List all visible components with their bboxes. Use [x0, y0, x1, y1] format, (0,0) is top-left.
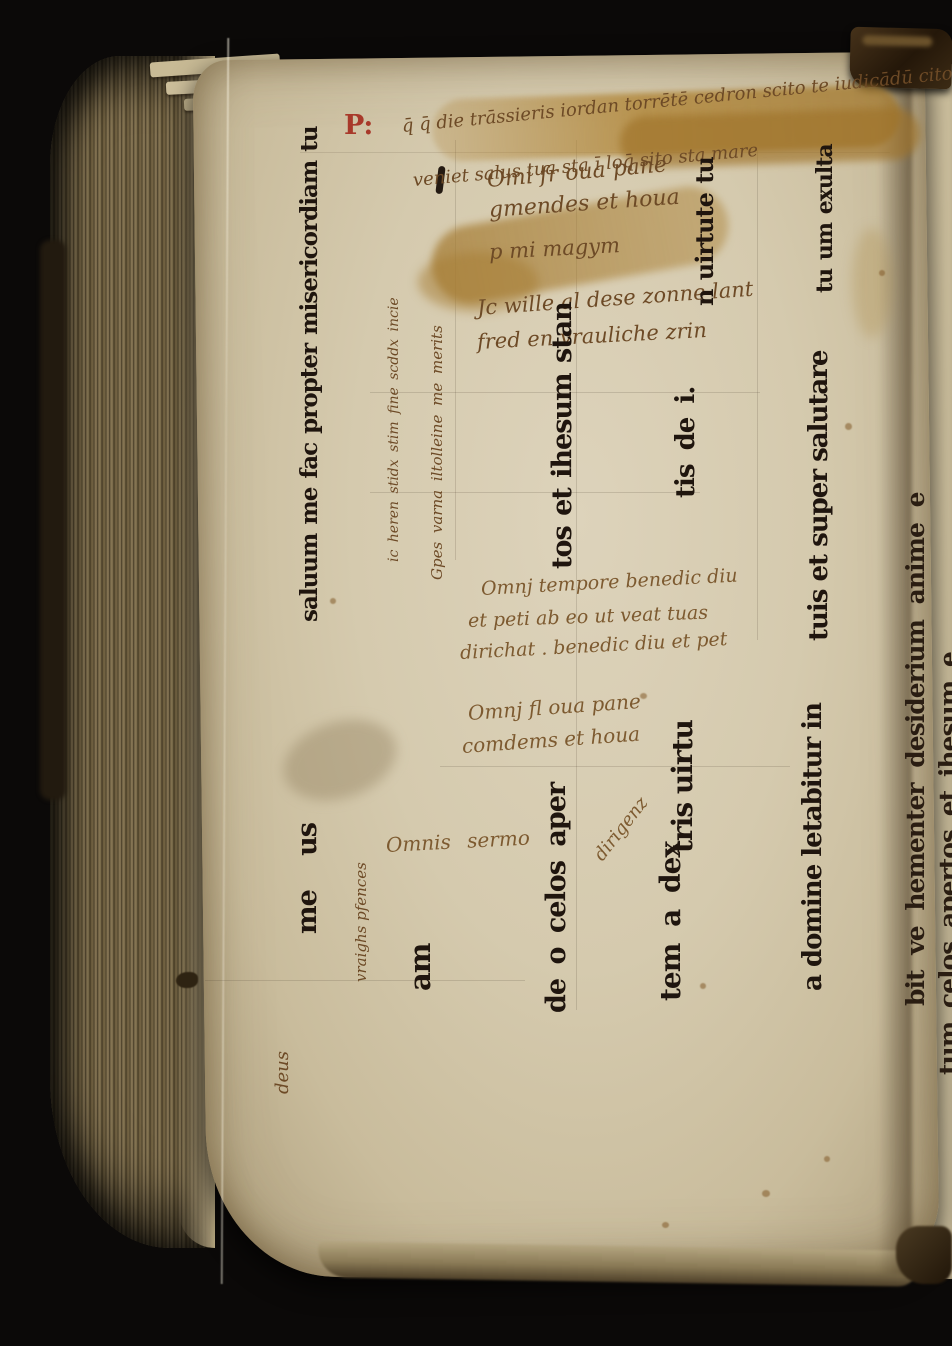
ruling-line [757, 150, 758, 640]
book-cover-edge [40, 240, 66, 800]
gothic-line-1c: am [403, 944, 437, 991]
book-fore-edge-pages [50, 56, 215, 1248]
manuscript-photo: P: q̄ q̄ die trāssieris iordan torrēte… [0, 0, 952, 1346]
ruling-line [300, 152, 890, 153]
gothic-line-3a: tem a dex [654, 842, 687, 1001]
gothic-line-3b: tris uirtu [666, 720, 699, 853]
rubric-initial: P: [344, 110, 373, 141]
cursive-vertical-3: vraighs pfences [352, 862, 370, 982]
foxing-spot [845, 423, 852, 430]
gothic-line-5c: tu um exulta [812, 144, 838, 293]
ruling-line [370, 492, 700, 493]
foxing-spot [330, 598, 336, 604]
foxing-spot [879, 270, 885, 276]
cursive-vertical-2: Gpes varna iltolleine me merits [428, 325, 446, 580]
gothic-line-2b: tos et ihesum stan [547, 302, 578, 569]
gothic-line-5a: a domine letabitur in [798, 703, 828, 991]
ruling-line [440, 766, 790, 767]
gothic-line-2a: de o celos aper [541, 783, 572, 1013]
facing-page-text-col-2: tum celos apertos et ihesum e [934, 652, 952, 1075]
gothic-line-3c: tis de i. [671, 387, 701, 498]
gothic-line-4a: n uirtute tu [690, 157, 719, 306]
ruling-line [455, 140, 456, 560]
facing-page-text-col-1: bit ve hementer desiderium anime e [901, 493, 930, 1007]
foxing-spot [662, 1222, 669, 1228]
cursive-vertical-1: ic heren stidx stim fine scddx incie [386, 297, 402, 562]
foxing-spot [640, 693, 647, 699]
gothic-line-1a: saluum me fac propter misericordiam tu [296, 126, 323, 622]
foxing-spot [700, 983, 706, 989]
gothic-line-5b: tuis et super salutare [804, 351, 834, 641]
ink-blot [176, 972, 198, 988]
foxing-spot [762, 1190, 770, 1197]
foxing-spot [824, 1156, 830, 1162]
binding-fragment-bottom-right [896, 1226, 952, 1284]
gothic-line-1b: me us [292, 823, 323, 934]
cursive-vertical-4: deus [272, 1051, 293, 1094]
